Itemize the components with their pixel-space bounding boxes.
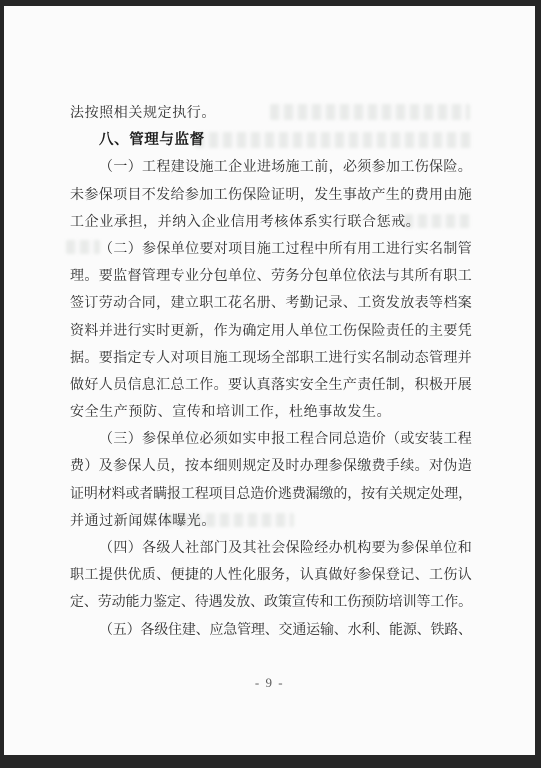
text-line: （二）参保单位要对项目施工过程中所有用工进行实名制管 [70, 236, 472, 263]
section-heading: 八、管理与监督 [70, 127, 472, 154]
text-line: 工企业承担，并纳入企业信用考核体系实行联合惩戒。 [70, 209, 472, 236]
text-line: （五）各级住建、应急管理、交通运输、水利、能源、铁路、 [70, 617, 472, 644]
text-line: 职工提供优质、便捷的人性化服务，认真做好参保登记、工伤认 [70, 562, 472, 589]
text-line: 证明材料或者瞒报工程项目总造价逃费漏缴的，按有关规定处理， [70, 481, 472, 508]
text-line: 理。要监督管理专业分包单位、劳务分包单位依法与其所有职工 [70, 263, 472, 290]
text-line: 未参保项目不发给参加工伤保险证明，发生事故产生的费用由施 [70, 182, 472, 209]
text-line: 做好人员信息汇总工作。要认真落实安全生产责任制，积极开展 [70, 372, 472, 399]
text-line: 定、劳动能力鉴定、待遇发放、政策宣传和工伤预防培训等工作。 [70, 589, 472, 616]
text-line: 据。要指定专人对项目施工现场全部职工进行实名制动态管理并 [70, 345, 472, 372]
text-line: （三）参保单位必须如实申报工程合同总造价（或安装工程 [70, 426, 472, 453]
text-line: 费）及参保人员，按本细则规定及时办理参保缴费手续。对伪造 [70, 453, 472, 480]
text-line: 安全生产预防、宣传和培训工作，杜绝事故发生。 [70, 399, 472, 426]
scan-frame: { "document": { "page_number": "- 9 -", … [0, 0, 541, 768]
text-line: （四）各级人社部门及其社会保险经办机构要为参保单位和 [70, 535, 472, 562]
text-line: 签订劳动合同，建立职工花名册、考勤记录、工资发放表等档案 [70, 290, 472, 317]
text-line: （一）工程建设施工企业进场施工前，必须参加工伤保险。 [70, 154, 472, 181]
page-number: - 9 - [4, 675, 535, 691]
document-page: 法按照相关规定执行。八、管理与监督（一）工程建设施工企业进场施工前，必须参加工伤… [4, 6, 535, 755]
text-line: 法按照相关规定执行。 [70, 100, 472, 127]
text-line: 资料并进行实时更新，作为确定用人单位工伤保险责任的主要凭 [70, 318, 472, 345]
document-body: 法按照相关规定执行。八、管理与监督（一）工程建设施工企业进场施工前，必须参加工伤… [70, 100, 472, 644]
text-line: 并通过新闻媒体曝光。 [70, 508, 472, 535]
